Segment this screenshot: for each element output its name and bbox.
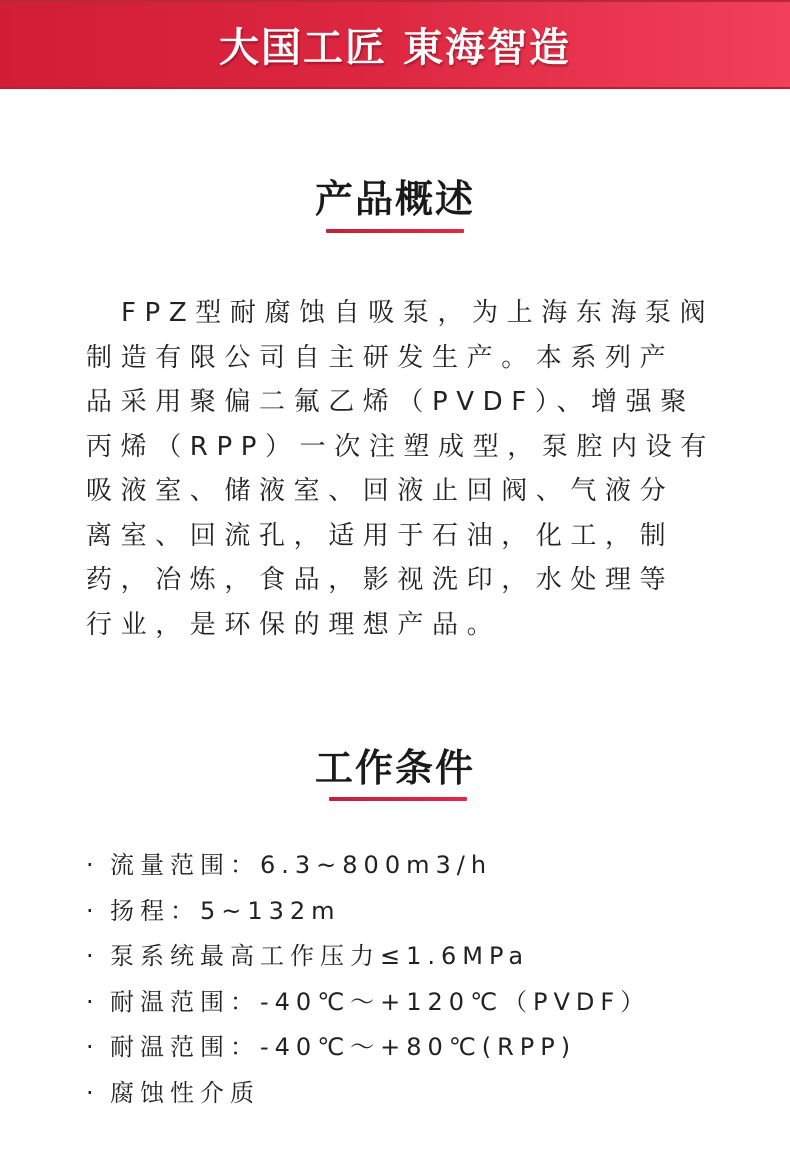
overview-line: 制造有限公司自主研发生产。本系列产 [86,336,708,381]
bullet-icon: · [86,843,110,889]
conditions-list: ·流量范围：6.3~800m3/h ·扬程：5~132m ·泵系统最高工作压力≤… [86,843,650,1116]
list-item: ·扬程：5~132m [86,889,650,935]
list-item: ·流量范围：6.3~800m3/h [86,843,650,889]
condition-text: 泵系统最高工作压力≤1.6MPa [110,942,529,970]
bullet-icon: · [86,934,110,980]
condition-text: 扬程：5~132m [110,897,341,925]
overview-line: 品采用聚偏二氟乙烯（PVDF）、增强聚 [86,380,708,425]
overview-line: 吸液室、储液室、回液止回阀、气液分 [86,469,708,514]
conditions-heading: 工作条件 [0,737,790,792]
overview-paragraph: FPZ型耐腐蚀自吸泵，为上海东海泵阀 制造有限公司自主研发生产。本系列产 品采用… [86,291,708,647]
condition-text: 耐温范围：-40℃～+80℃(RPP) [110,1033,576,1061]
overview-underline [326,229,464,233]
bullet-icon: · [86,980,110,1026]
list-item: ·泵系统最高工作压力≤1.6MPa [86,934,650,980]
overview-line: 丙烯（RPP）一次注塑成型，泵腔内设有 [86,425,708,470]
bullet-icon: · [86,1025,110,1071]
overview-line: 行业，是环保的理想产品。 [86,603,708,648]
overview-line: 离室、回流孔，适用于石油，化工，制 [86,514,708,559]
list-item: ·耐温范围：-40℃～+80℃(RPP) [86,1025,650,1071]
header-banner: 大国工匠 東海智造 [0,0,790,89]
bullet-icon: · [86,889,110,935]
conditions-underline [329,797,467,801]
overview-line: FPZ型耐腐蚀自吸泵，为上海东海泵阀 [86,291,708,336]
list-item: ·耐温范围：-40℃～+120℃（PVDF） [86,980,650,1026]
overview-line: 药，冶炼，食品，影视洗印，水处理等 [86,558,708,603]
list-item: ·腐蚀性介质 [86,1071,650,1117]
condition-text: 耐温范围：-40℃～+120℃（PVDF） [110,988,650,1016]
overview-heading: 产品概述 [0,168,790,223]
banner-title: 大国工匠 東海智造 [219,16,571,73]
condition-text: 腐蚀性介质 [110,1079,260,1107]
bullet-icon: · [86,1071,110,1117]
condition-text: 流量范围：6.3~800m3/h [110,851,492,879]
